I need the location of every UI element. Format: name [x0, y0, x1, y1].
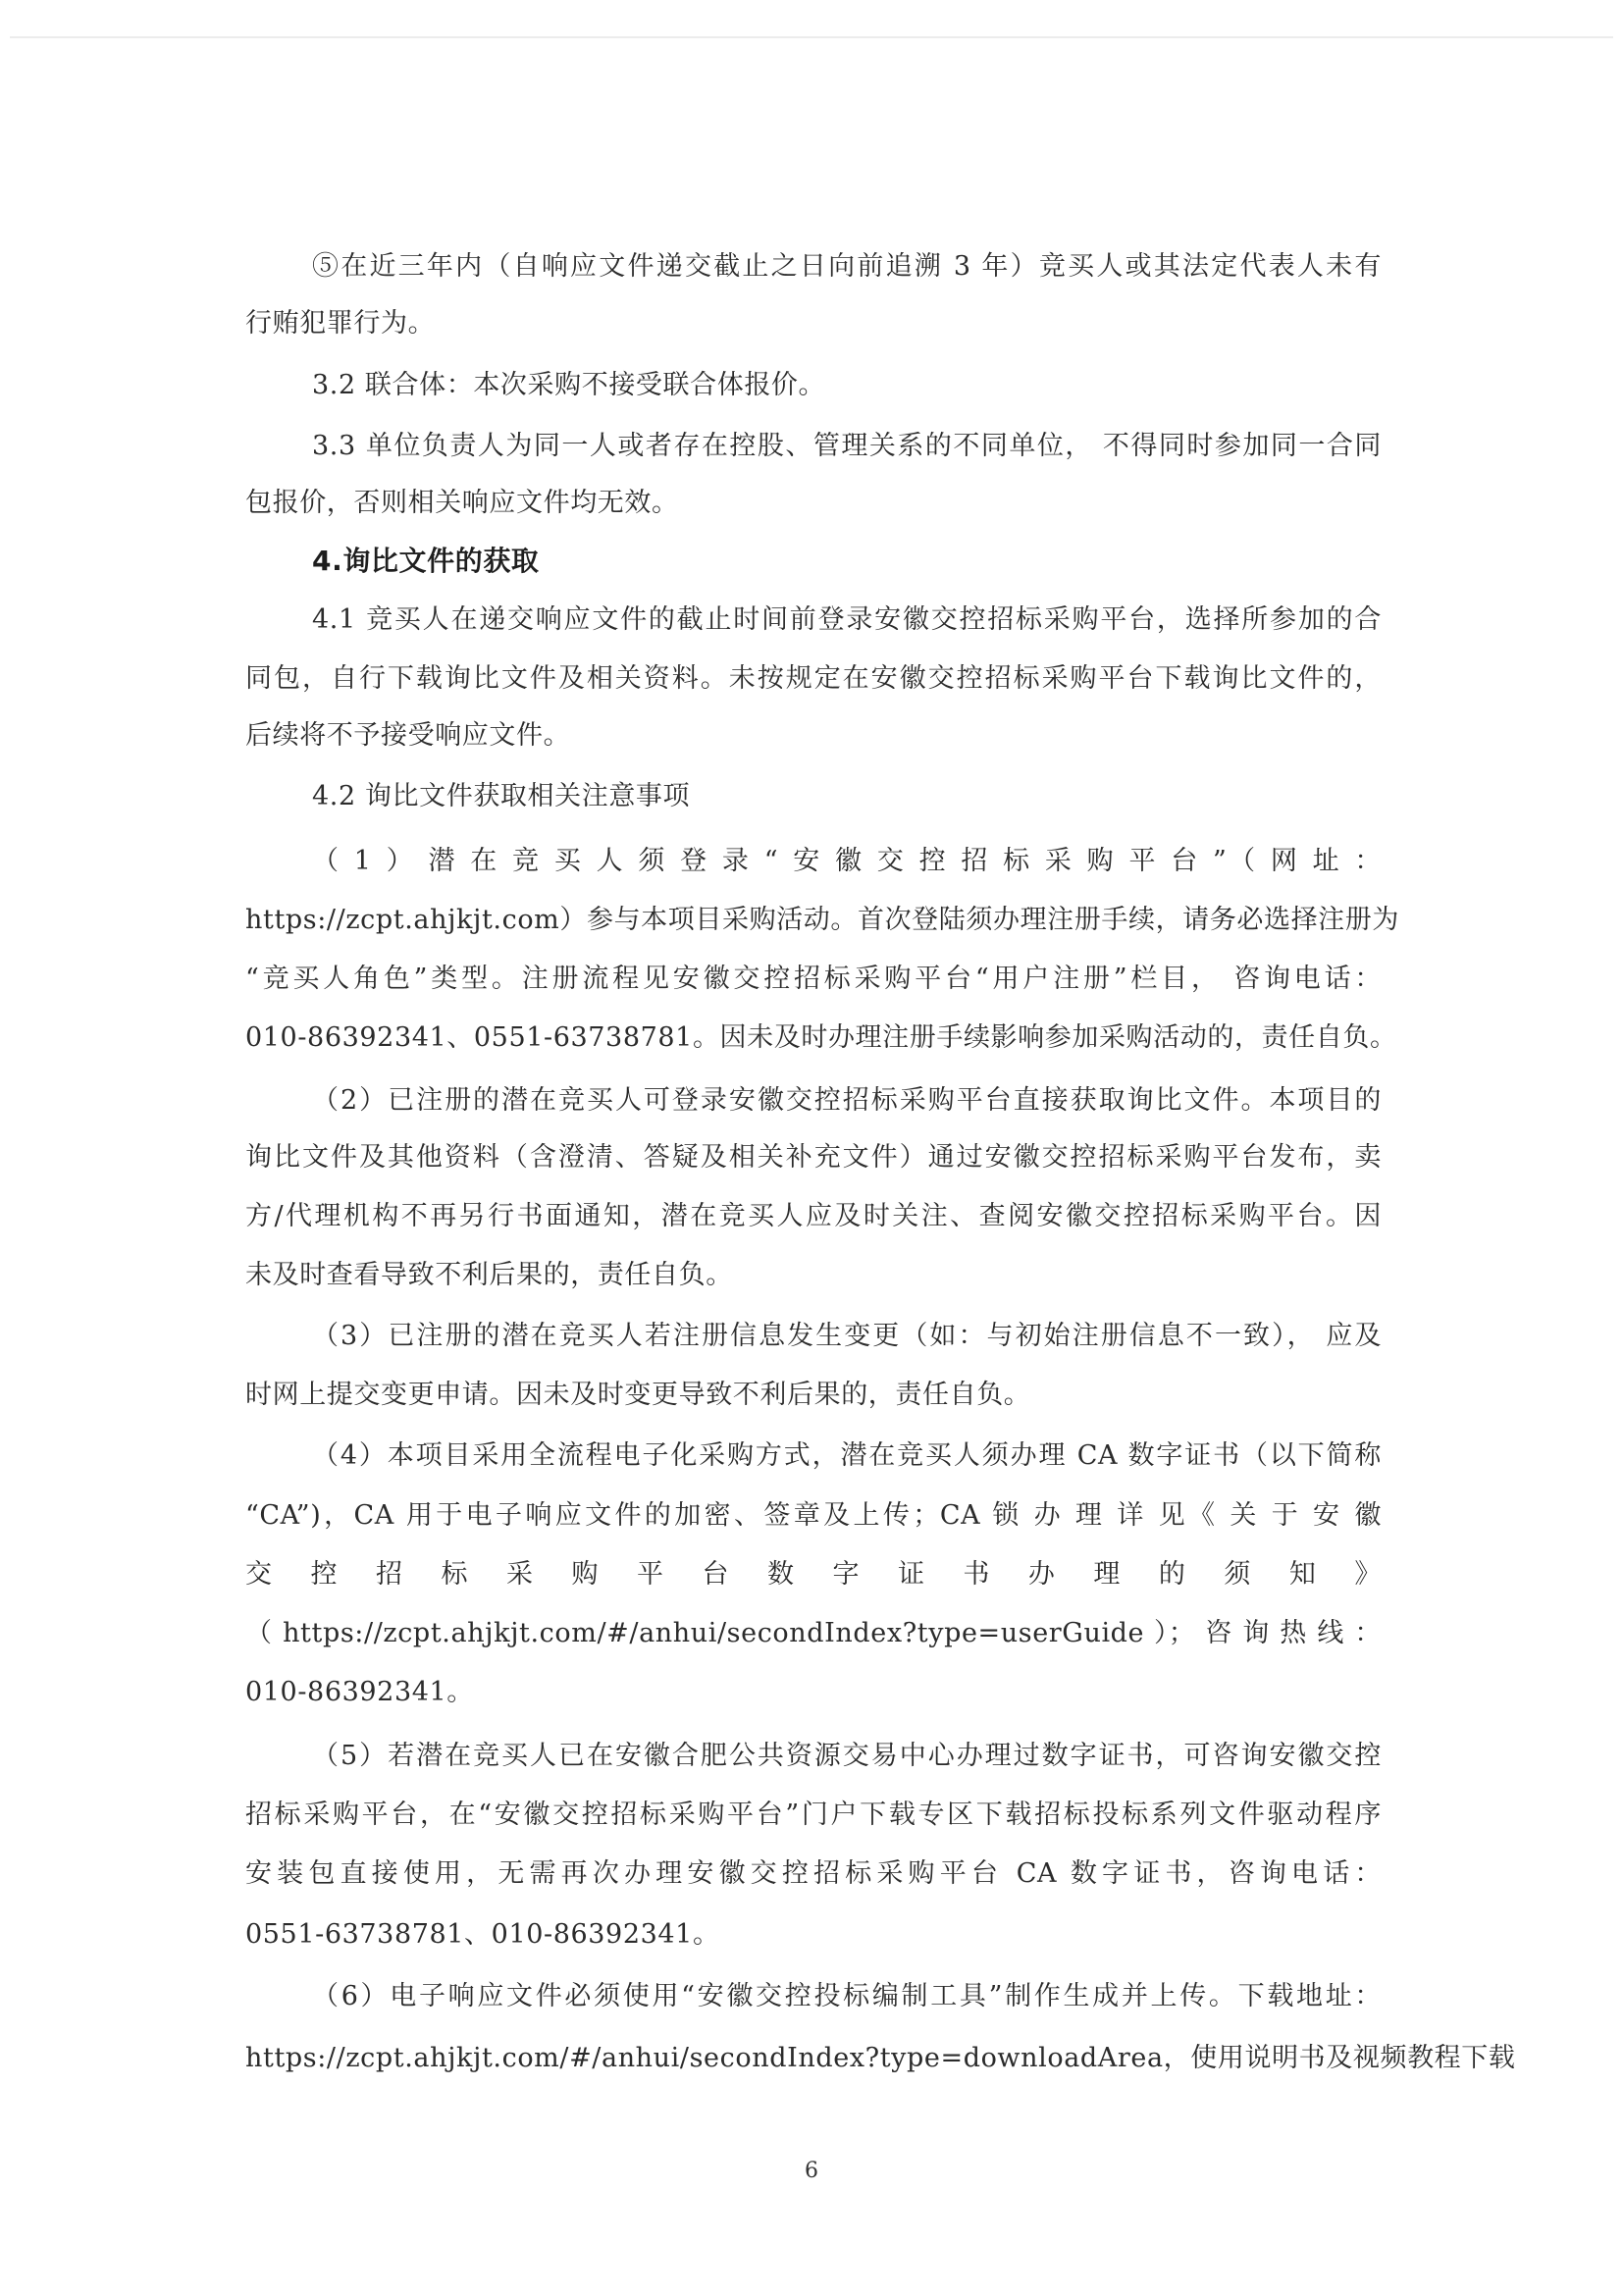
paragraph-line: 交 控 招 标 采 购 平 台 数 字 证 书 办 理 的 须 知 》: [245, 1555, 1382, 1594]
page-number: 6: [0, 2157, 1623, 2186]
item-6-line: （6）电子响应文件必须使用“安徽交控投标编制工具”制作生成并上传。下载地址：: [312, 1977, 1382, 2016]
paragraph-line: 未及时查看导致不利后果的，责任自负。: [245, 1256, 1382, 1295]
paragraph-line: 方/代理机构不再另行书面通知，潜在竞买人应及时关注、查阅安徽交控招标采购平台。因: [245, 1197, 1382, 1236]
clause-3-2-line: 3.2 联合体：本次采购不接受联合体报价。: [312, 366, 1382, 405]
section-4-heading: 4.询比文件的获取: [312, 542, 1382, 581]
paragraph-line: https://zcpt.ahjkjt.com）参与本项目采购活动。首次登陆须办…: [245, 901, 1382, 940]
item-2-line: （2）已注册的潜在竞买人可登录安徽交控招标采购平台直接获取询比文件。本项目的: [312, 1081, 1382, 1121]
paragraph-line: 时网上提交变更申请。因未及时变更导致不利后果的，责任自负。: [245, 1376, 1382, 1415]
paragraph-line: “竞买人角色”类型。注册流程见安徽交控招标采购平台“用户注册”栏目， 咨询电话：: [245, 960, 1382, 999]
paragraph-line: （ https://zcpt.ahjkjt.com/#/anhui/second…: [245, 1614, 1382, 1653]
paragraph-line: 0551-63738781、010-86392341。: [245, 1915, 1382, 1955]
paragraph-line: 询比文件及其他资料（含澄清、答疑及相关补充文件）通过安徽交控招标采购平台发布，卖: [245, 1138, 1382, 1177]
paragraph-line: 010-86392341、0551-63738781。因未及时办理注册手续影响参…: [245, 1018, 1382, 1058]
clause-4-2-line: 4.2 询比文件获取相关注意事项: [312, 777, 1382, 816]
clause-4-1-line: 4.1 竞买人在递交响应文件的截止时间前登录安徽交控招标采购平台，选择所参加的合: [312, 600, 1382, 640]
paragraph-line: ⑤在近三年内（自响应文件递交截止之日向前追溯 3 年）竞买人或其法定代表人未有: [312, 247, 1382, 287]
item-1-line: （1）潜在竞买人须登录“安徽交控招标采购平台”（网址：: [312, 842, 1382, 881]
paragraph-line: 行贿犯罪行为。: [245, 304, 1382, 343]
paragraph-line: 安装包直接使用，无需再次办理安徽交控招标采购平台 CA 数字证书，咨询电话：: [245, 1854, 1382, 1894]
paragraph-line: 招标采购平台，在“安徽交控招标采购平台”门户下载专区下载招标投标系列文件驱动程序: [245, 1796, 1382, 1835]
item-5-line: （5）若潜在竞买人已在安徽合肥公共资源交易中心办理过数字证书，可咨询安徽交控: [312, 1737, 1382, 1776]
clause-3-3-line: 3.3 单位负责人为同一人或者存在控股、管理关系的不同单位， 不得同时参加同一合…: [312, 427, 1382, 466]
item-3-line: （3）已注册的潜在竞买人若注册信息发生变更（如：与初始注册信息不一致）， 应及: [312, 1317, 1382, 1356]
item-4-line: （4）本项目采用全流程电子化采购方式，潜在竞买人须办理 CA 数字证书（以下简称: [312, 1436, 1382, 1476]
paragraph-line: “CA”)，CA 用于电子响应文件的加密、签章及上传；CA 锁 办 理 详 见《…: [245, 1496, 1382, 1536]
document-page: ⑤在近三年内（自响应文件递交截止之日向前追溯 3 年）竞买人或其法定代表人未有 …: [0, 0, 1623, 2296]
paragraph-line: 后续将不予接受响应文件。: [245, 716, 1382, 756]
paragraph-line: 同包，自行下载询比文件及相关资料。未按规定在安徽交控招标采购平台下载询比文件的，: [245, 659, 1382, 699]
paragraph-line: https://zcpt.ahjkjt.com/#/anhui/secondIn…: [245, 2039, 1382, 2078]
paragraph-line: 包报价，否则相关响应文件均无效。: [245, 484, 1382, 523]
paragraph-line: 010-86392341。: [245, 1673, 1382, 1712]
